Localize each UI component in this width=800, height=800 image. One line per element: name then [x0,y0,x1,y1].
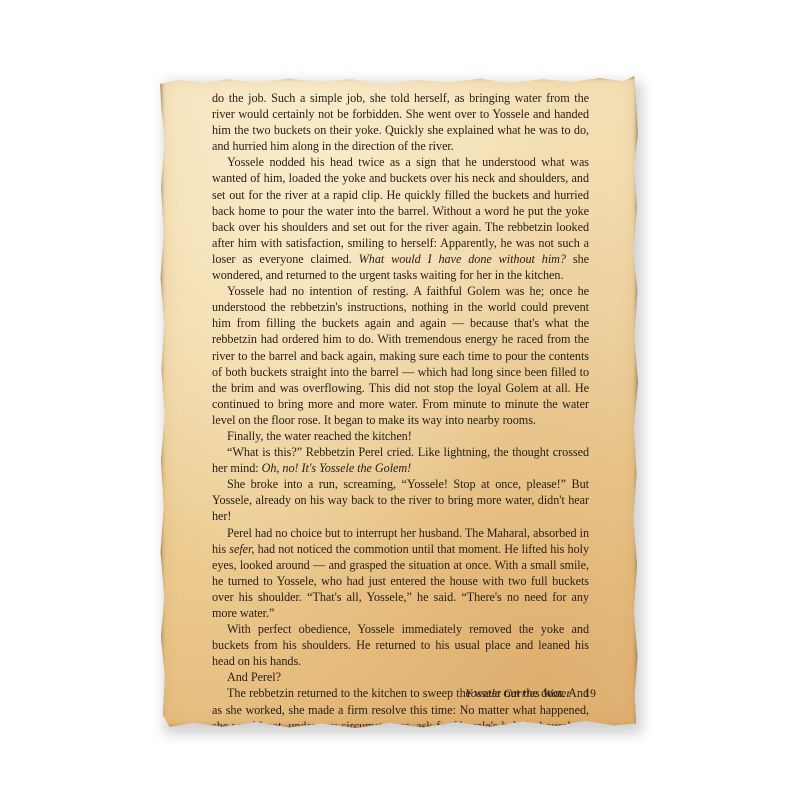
paragraph: Yossele nodded his head twice as a sign … [212,154,589,283]
text-run: Yossele nodded his head twice as a sign … [212,155,589,266]
text-run: Finally, the water reached the kitchen! [227,429,412,443]
text-run: With perfect obedience, Yossele immediat… [212,622,589,668]
text-run: She broke into a run, screaming, “Yossel… [212,477,589,523]
paragraph: She broke into a run, screaming, “Yossel… [212,476,589,524]
paragraph: Perel had no choice but to interrupt her… [212,525,589,622]
italic-text: What would I have done without him? [359,252,566,266]
chapter-title: Yossele Carries Water [465,686,571,700]
text-run: Yossele had no intention of resting. A f… [212,284,589,427]
paragraph: With perfect obedience, Yossele immediat… [212,621,589,669]
book-page: do the job. Such a simple job, she told … [160,76,638,728]
page-number: 19 [584,686,596,700]
italic-text: Oh, no! It's Yossele the Golem! [262,461,412,475]
paragraph: And Perel? [212,669,589,685]
text-run: do the job. Such a simple job, she told … [212,91,589,153]
running-footer: Yossele Carries Water 19 [465,686,596,701]
text-run: had not noticed the commotion until that… [212,542,589,620]
paragraph: do the job. Such a simple job, she told … [212,90,589,154]
text-run: And Perel? [227,670,281,684]
paragraph: Yossele had no intention of resting. A f… [212,283,589,428]
italic-text: sefer, [229,542,254,556]
body-text: do the job. Such a simple job, she told … [212,90,589,750]
paragraph: Finally, the water reached the kitchen! [212,428,589,444]
paragraph: “What is this?” Rebbetzin Perel cried. L… [212,444,589,476]
